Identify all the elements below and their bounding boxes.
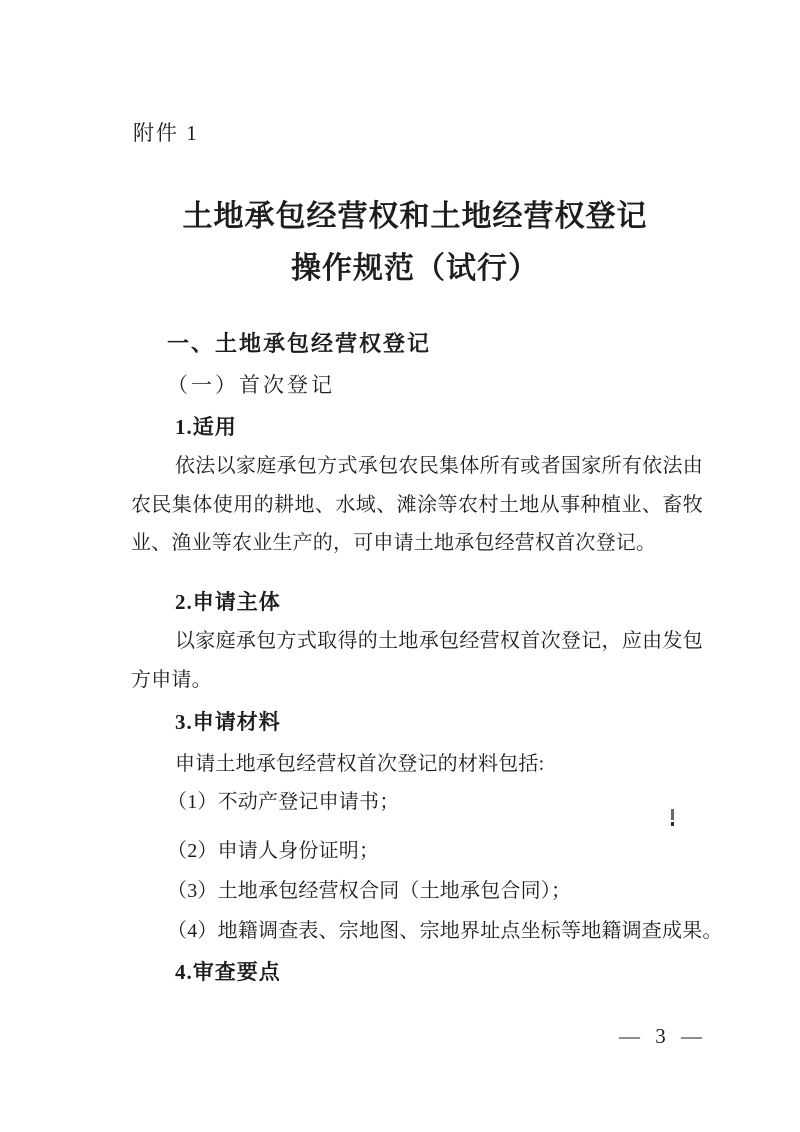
material-item-2: （2）申请人身份证明； [131, 838, 731, 864]
scan-speck-artifact [671, 809, 674, 820]
document-title-line1: 土地承包经营权和土地经营权登记 [115, 191, 715, 243]
clause-1-heading-applicability: 1.适用 [131, 411, 703, 441]
subsection-heading-first-registration: （一）首次登记 [131, 369, 703, 399]
document-title-line2: 操作规范（试行） [115, 243, 715, 295]
material-item-1: （1）不动产登记申请书； [131, 789, 731, 815]
material-item-4: （4）地籍调查表、宗地图、宗地界址点坐标等地籍调查成果。 [131, 918, 731, 944]
clause-2-body: 以家庭承包方式取得的土地承包经营权首次登记，应由发包方申请。 [131, 622, 703, 699]
document-title: 土地承包经营权和土地经营权登记 操作规范（试行） [115, 191, 715, 295]
page-number: — 3 — [619, 1024, 707, 1049]
document-page: 附件 1 土地承包经营权和土地经营权登记 操作规范（试行） 一、土地承包经营权登… [0, 0, 800, 1132]
clause-2-heading-applicant: 2.申请主体 [131, 586, 703, 616]
clause-3-heading-materials: 3.申请材料 [131, 706, 703, 736]
clause-3-intro: 申请土地承包经营权首次登记的材料包括: [131, 745, 703, 784]
attachment-label: 附件 1 [133, 117, 199, 147]
clause-4-heading-review-points: 4.审查要点 [131, 956, 703, 986]
material-item-3: （3）土地承包经营权合同（土地承包合同）； [131, 878, 731, 904]
section-heading-land-contract-registration: 一、土地承包经营权登记 [131, 327, 703, 358]
clause-1-body: 依法以家庭承包方式承包农民集体所有或者国家所有依法由农民集体使用的耕地、水域、滩… [131, 447, 703, 563]
